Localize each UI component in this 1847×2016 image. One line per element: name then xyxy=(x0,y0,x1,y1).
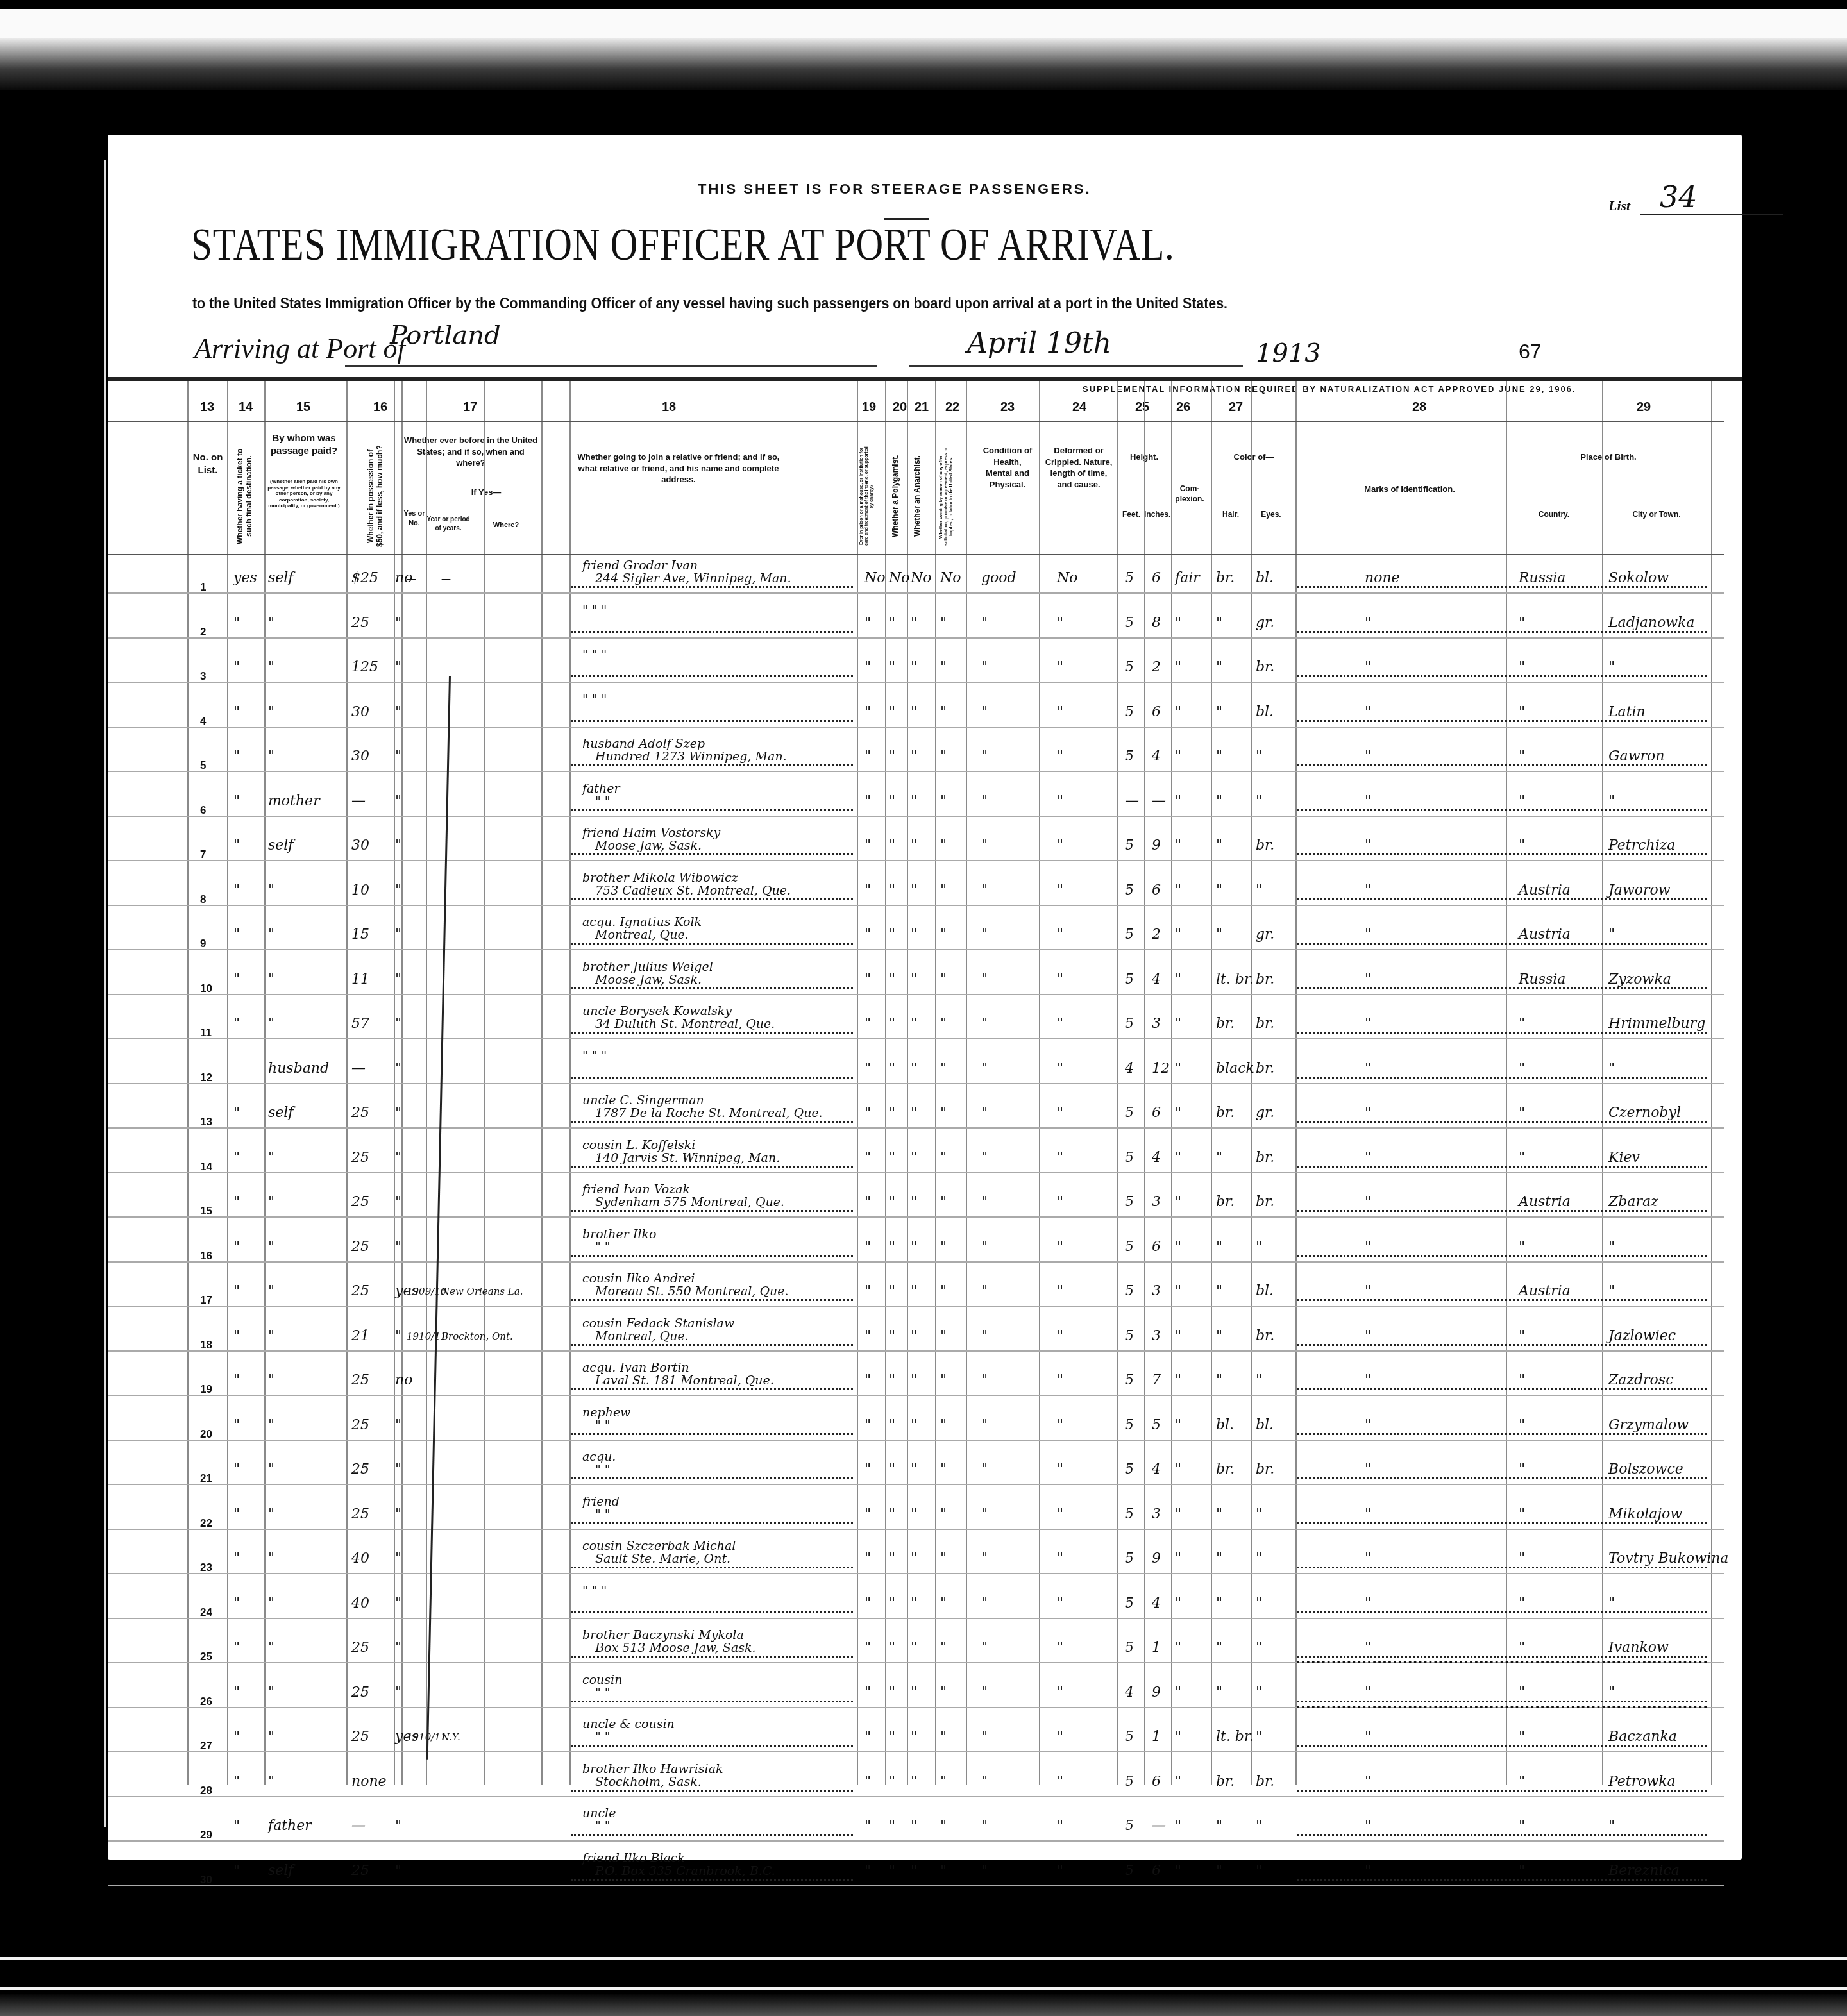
cell-c21: " xyxy=(911,1726,917,1749)
cell-complexion: " xyxy=(1175,1236,1181,1259)
cell-c21: " xyxy=(911,834,917,857)
table-row: 10""11"""""""54"lt. br.br."RussiaZyzowka… xyxy=(108,968,1742,992)
cell-c22: " xyxy=(940,1369,947,1392)
cell-health: " xyxy=(981,1681,988,1704)
cell-eyes: br. xyxy=(1256,968,1274,991)
cell-deformed: " xyxy=(1057,656,1063,679)
cell-city: " xyxy=(1608,1592,1615,1615)
cell-eyes: br. xyxy=(1256,1770,1274,1793)
cell-yr: — xyxy=(407,567,416,590)
cell-c22: " xyxy=(940,1726,947,1749)
cell-health: " xyxy=(981,1503,988,1526)
cell-deformed: " xyxy=(1057,1770,1063,1793)
cell-health: " xyxy=(981,1057,988,1080)
cell-deformed: " xyxy=(1057,1726,1063,1749)
cell-relative-address: Sault Ste. Marie, Ont. xyxy=(595,1547,730,1570)
row-number: 18 xyxy=(200,1334,212,1357)
table-row: 21""25"""""""54"br.br.""Bolszowceacqu." … xyxy=(108,1458,1742,1482)
cell-ft: 5 xyxy=(1125,1770,1134,1793)
dotted-guide xyxy=(571,1522,853,1524)
cell-c22: " xyxy=(940,1458,947,1481)
cell-yr: 1909/10 xyxy=(407,1280,446,1303)
dotted-guide xyxy=(571,675,853,677)
cell-ticket: " xyxy=(233,1236,240,1259)
cell-in: 6 xyxy=(1152,701,1161,724)
cell-deformed: " xyxy=(1057,701,1063,724)
cell-health: good xyxy=(981,567,1016,590)
row-number: 15 xyxy=(200,1200,212,1223)
cell-ticket: " xyxy=(233,701,240,724)
cell-money: — xyxy=(351,1815,366,1838)
cell-ticket: " xyxy=(233,1414,240,1437)
row-number: 11 xyxy=(200,1021,212,1045)
dotted-guide xyxy=(1297,1077,1707,1079)
dotted-guide xyxy=(1297,1834,1707,1836)
cell-ticket: " xyxy=(233,1681,240,1704)
row-line xyxy=(108,905,1724,906)
col-num-14: 14 xyxy=(236,400,255,415)
cell-city: Czernobyl xyxy=(1608,1102,1681,1125)
cell-ft: 5 xyxy=(1125,567,1134,590)
cell-health: " xyxy=(981,1770,988,1793)
table-row: 17""25yes1909/10New Orleans La.""""""53"… xyxy=(108,1280,1742,1304)
cell-eyes: bl. xyxy=(1256,1280,1274,1303)
cell-eyes: " xyxy=(1256,1369,1262,1392)
cell-in: 4 xyxy=(1152,1147,1161,1170)
cell-ticket: " xyxy=(233,1012,240,1036)
cell-ticket: " xyxy=(233,968,240,991)
cell-c22: " xyxy=(940,1191,947,1214)
row-line xyxy=(108,1484,1724,1485)
header-country: Country. xyxy=(1506,509,1602,519)
cell-ticket: " xyxy=(233,1860,240,1883)
cell-city: " xyxy=(1608,1280,1615,1303)
cell-c20: " xyxy=(889,656,895,679)
header-if-yes: If Yes— xyxy=(454,487,518,498)
cell-paid: " xyxy=(268,879,274,902)
cell-c22: " xyxy=(940,1012,947,1036)
cell-c21: " xyxy=(911,1860,917,1883)
cell-before: " xyxy=(395,1191,401,1214)
cell-paid: " xyxy=(268,1681,274,1704)
cell-hair: " xyxy=(1216,1815,1222,1838)
cell-deformed: " xyxy=(1057,1592,1063,1615)
cell-paid: " xyxy=(268,1369,274,1392)
cell-hair: " xyxy=(1216,1236,1222,1259)
cell-marks: " xyxy=(1365,1726,1371,1749)
cell-deformed: " xyxy=(1057,1012,1063,1036)
cell-marks: " xyxy=(1365,656,1371,679)
cell-eyes: br. xyxy=(1256,834,1274,857)
cell-c20: " xyxy=(889,1236,895,1259)
cell-money: 11 xyxy=(351,968,369,991)
cell-in: 9 xyxy=(1152,1681,1161,1704)
dotted-guide xyxy=(571,1433,853,1435)
cell-health: " xyxy=(981,1280,988,1303)
cell-health: " xyxy=(981,1592,988,1615)
cell-health: " xyxy=(981,1726,988,1749)
cell-ft: 5 xyxy=(1125,1860,1134,1883)
cell-in: 4 xyxy=(1152,1458,1161,1481)
table-row: 12husband—"""""""412"blackbr."""" " " xyxy=(108,1057,1742,1081)
cell-money: 21 xyxy=(351,1325,369,1348)
cell-city: " xyxy=(1608,1057,1615,1080)
cell-in: 4 xyxy=(1152,745,1161,768)
cell-in: 4 xyxy=(1152,968,1161,991)
cell-ft: 5 xyxy=(1125,1726,1134,1749)
header-contract-labor: Whether coming by reason of any offer, s… xyxy=(939,445,961,548)
table-row: 5""30"""""""54"""""Gawronhusband Adolf S… xyxy=(108,745,1742,769)
cell-c22: " xyxy=(940,656,947,679)
cell-relative-address: " " xyxy=(595,1503,611,1526)
cell-c22: " xyxy=(940,1325,947,1348)
cell-paid: father xyxy=(268,1815,312,1838)
row-line xyxy=(108,1083,1724,1084)
cell-c21: " xyxy=(911,1325,917,1348)
cell-c19: " xyxy=(864,1414,871,1437)
col-num-15: 15 xyxy=(294,400,313,415)
cell-relative-name: " " " xyxy=(582,599,607,622)
cell-city: " xyxy=(1608,1815,1615,1838)
cell-c22: " xyxy=(940,1503,947,1526)
cell-ft: 5 xyxy=(1125,745,1134,768)
cell-paid: husband xyxy=(268,1057,329,1080)
cell-complexion: " xyxy=(1175,923,1181,946)
cell-relative-address: " " xyxy=(595,790,611,813)
cell-country: " xyxy=(1519,1147,1525,1170)
cell-relative-address: " " xyxy=(595,1681,611,1704)
header-ticket: Whether having a ticket to such final de… xyxy=(236,442,262,551)
cell-c20: " xyxy=(889,1726,895,1749)
cell-paid: " xyxy=(268,1280,274,1303)
cell-in: 8 xyxy=(1152,612,1161,635)
cell-hair: " xyxy=(1216,790,1222,813)
cell-paid: " xyxy=(268,656,274,679)
table-row: 6"mother—"""""""——""""""father" " xyxy=(108,790,1742,814)
cell-deformed: " xyxy=(1057,1325,1063,1348)
cell-c20: " xyxy=(889,1147,895,1170)
cell-ft: 5 xyxy=(1125,1547,1134,1570)
cell-relative-address: Moose Jaw, Sask. xyxy=(595,968,702,991)
cell-paid: self xyxy=(268,1860,294,1883)
table-row: 14""25"""""""54""br.""Kievcousin L. Koff… xyxy=(108,1147,1742,1170)
row-line xyxy=(108,816,1724,817)
cell-hair: br. xyxy=(1216,567,1235,590)
cell-relative-name: " " " xyxy=(582,1579,607,1602)
cell-complexion: " xyxy=(1175,1191,1181,1214)
cell-in: 6 xyxy=(1152,1860,1161,1883)
cell-money: — xyxy=(351,1057,366,1080)
cell-money: 25 xyxy=(351,1369,369,1392)
table-row: 7"self30"""""""59""br.""Petrchizafriend … xyxy=(108,834,1742,858)
cell-ft: 5 xyxy=(1125,656,1134,679)
cell-c21: " xyxy=(911,1369,917,1392)
cell-eyes: " xyxy=(1256,1860,1262,1883)
cell-ticket: " xyxy=(233,923,240,946)
cell-ft: 5 xyxy=(1125,1414,1134,1437)
cell-c19: " xyxy=(864,1147,871,1170)
cell-relative-address: P.O. Box 335 Cranbrook, B.C. xyxy=(595,1860,775,1883)
cell-ticket: " xyxy=(233,1815,240,1838)
cell-ft: 5 xyxy=(1125,968,1134,991)
cell-relative-address: Moose Jaw, Sask. xyxy=(595,834,702,857)
cell-money: 25 xyxy=(351,1102,369,1125)
cell-ft: 5 xyxy=(1125,1191,1134,1214)
cell-money: 15 xyxy=(351,923,369,946)
cell-relative-name: brother Ilko xyxy=(582,1223,656,1246)
cell-hair: " xyxy=(1216,656,1222,679)
table-row: 9""15"""""""52""gr."Austria"acqu. Ignati… xyxy=(108,923,1742,947)
table-row: 13"self25"""""""56"br.gr.""Czernobyluncl… xyxy=(108,1102,1742,1125)
cell-hair: " xyxy=(1216,1280,1222,1303)
table-row: 11""57"""""""53"br.br.""Hrimmelburguncle… xyxy=(108,1012,1742,1036)
dotted-guide xyxy=(1297,1255,1707,1257)
cell-c20: " xyxy=(889,1503,895,1526)
cell-marks: " xyxy=(1365,1592,1371,1615)
cell-c20: " xyxy=(889,1057,895,1080)
row-line xyxy=(108,1127,1724,1129)
cell-in: — xyxy=(1152,790,1166,813)
table-row: 3""125"""""""52""br."""" " " xyxy=(108,656,1742,680)
cell-paid: " xyxy=(268,1191,274,1214)
cell-complexion: " xyxy=(1175,1503,1181,1526)
cell-c20: " xyxy=(889,1547,895,1570)
cell-health: " xyxy=(981,1012,988,1036)
cell-city: Tovtry Bukowina xyxy=(1608,1547,1728,1570)
cell-ticket: " xyxy=(233,1102,240,1125)
supplemental-banner: SUPPLEMENTAL INFORMATION REQUIRED BY NAT… xyxy=(1083,384,1576,394)
cell-eyes: bl. xyxy=(1256,1414,1274,1437)
cell-c21: " xyxy=(911,1547,917,1570)
cell-paid: " xyxy=(268,1012,274,1036)
list-number: 34 xyxy=(1660,180,1698,214)
row-number: 16 xyxy=(200,1245,212,1268)
cell-ft: 5 xyxy=(1125,923,1134,946)
cell-c20: " xyxy=(889,834,895,857)
row-number: 28 xyxy=(200,1779,212,1802)
cell-c22: " xyxy=(940,790,947,813)
cell-money: 25 xyxy=(351,1681,369,1704)
cell-c21: " xyxy=(911,1057,917,1080)
cell-complexion: " xyxy=(1175,1458,1181,1481)
cell-marks: " xyxy=(1365,1681,1371,1704)
cell-health: " xyxy=(981,1102,988,1125)
cell-hair: " xyxy=(1216,1503,1222,1526)
cell-marks: " xyxy=(1365,1280,1371,1303)
cell-health: " xyxy=(981,1547,988,1570)
cell-country: " xyxy=(1519,1815,1525,1838)
cell-c22: " xyxy=(940,701,947,724)
header-anarchist: Whether an Anarchist. xyxy=(913,445,929,548)
cell-c22: " xyxy=(940,1102,947,1125)
cell-paid: " xyxy=(268,1726,274,1749)
cell-c21: " xyxy=(911,1636,917,1659)
cell-ticket: " xyxy=(233,745,240,768)
cell-marks: " xyxy=(1365,1147,1371,1170)
cell-complexion: " xyxy=(1175,1325,1181,1348)
cell-c21: " xyxy=(911,1102,917,1125)
cell-before: " xyxy=(395,968,401,991)
dotted-guide xyxy=(571,1701,853,1702)
table-row: 27""25yes1910/11N.Y.""""""51"lt. br."""B… xyxy=(108,1726,1742,1749)
cell-before: " xyxy=(395,1860,401,1883)
cell-complexion: " xyxy=(1175,1147,1181,1170)
cell-city: Kiev xyxy=(1608,1147,1640,1170)
cell-complexion: " xyxy=(1175,1592,1181,1615)
cell-c20: " xyxy=(889,612,895,635)
cell-hair: " xyxy=(1216,1636,1222,1659)
cell-ticket: " xyxy=(233,1503,240,1526)
cell-in: 1 xyxy=(1152,1726,1161,1749)
scan-bottom-border xyxy=(0,1987,1847,1990)
table-row: 15""25"""""""53"br.br."AustriaZbarazfrie… xyxy=(108,1191,1742,1214)
cell-c20: " xyxy=(889,1681,895,1704)
row-number: 8 xyxy=(200,888,206,911)
cell-c19: " xyxy=(864,879,871,902)
cell-c22: " xyxy=(940,1547,947,1570)
cell-relative-address: 34 Duluth St. Montreal, Que. xyxy=(595,1012,775,1036)
cell-country: " xyxy=(1519,1503,1525,1526)
dotted-guide xyxy=(571,1745,853,1747)
cell-complexion: " xyxy=(1175,790,1181,813)
cell-city: " xyxy=(1608,923,1615,946)
cell-c19: " xyxy=(864,1057,871,1080)
cell-where: New Orleans La. xyxy=(441,1280,523,1303)
cell-eyes: " xyxy=(1256,879,1262,902)
cell-before: " xyxy=(395,1681,401,1704)
cell-relative-address: " " xyxy=(595,1726,611,1749)
cell-c22: " xyxy=(940,879,947,902)
col-num-25: 25 xyxy=(1133,400,1152,415)
cell-country: Russia xyxy=(1519,567,1565,590)
cell-marks: " xyxy=(1365,923,1371,946)
sheet-edge xyxy=(104,160,106,1827)
cell-before: " xyxy=(395,1102,401,1125)
cell-money: 30 xyxy=(351,834,369,857)
cell-relative-address: Box 513 Moose Jaw, Sask. xyxy=(595,1636,756,1659)
cell-c21: " xyxy=(911,745,917,768)
header-row-line xyxy=(108,421,1724,422)
cell-money: $25 xyxy=(351,567,378,590)
cell-hair: br. xyxy=(1216,1012,1235,1036)
cell-c20: " xyxy=(889,1325,895,1348)
cell-marks: " xyxy=(1365,1860,1371,1883)
row-line xyxy=(108,1529,1724,1530)
cell-c19: " xyxy=(864,834,871,857)
cell-c19: " xyxy=(864,1236,871,1259)
dotted-guide xyxy=(1297,943,1707,945)
cell-marks: " xyxy=(1365,968,1371,991)
cell-city: Ivankow xyxy=(1608,1636,1669,1659)
cell-city: Bolszowce xyxy=(1608,1458,1683,1481)
cell-deformed: " xyxy=(1057,745,1063,768)
cell-c20: " xyxy=(889,1102,895,1125)
cell-c22: " xyxy=(940,1681,947,1704)
sheet-type-label: THIS SHEET IS FOR STEERAGE PASSENGERS. xyxy=(698,181,1092,197)
cell-money: 25 xyxy=(351,1414,369,1437)
row-number: 12 xyxy=(200,1066,212,1089)
row-line xyxy=(108,727,1724,728)
row-number: 13 xyxy=(200,1111,212,1134)
cell-marks: " xyxy=(1365,879,1371,902)
table-row: 23""40"""""""59"""""Tovtry Bukowinacousi… xyxy=(108,1547,1742,1571)
cell-money: 57 xyxy=(351,1012,369,1036)
cell-hair: " xyxy=(1216,1547,1222,1570)
cell-ticket: " xyxy=(233,656,240,679)
cell-city: Bereznica xyxy=(1608,1860,1680,1883)
cell-city: Grzymalow xyxy=(1608,1414,1689,1437)
header-year-period: Year or period of years. xyxy=(426,516,471,533)
cell-hair: lt. br. xyxy=(1216,968,1254,991)
cell-in: 4 xyxy=(1152,1592,1161,1615)
table-row: 28""none""""""56"br.br.""Petrowkabrother… xyxy=(108,1770,1742,1794)
cell-relative-name: " " " xyxy=(582,1045,607,1068)
cell-c21: " xyxy=(911,1280,917,1303)
row-line xyxy=(108,860,1724,861)
cell-marks: " xyxy=(1365,1102,1371,1125)
cell-country: " xyxy=(1519,1547,1525,1570)
scan-top-shadow xyxy=(0,38,1847,90)
cell-c19: " xyxy=(864,790,871,813)
cell-paid: " xyxy=(268,612,274,635)
cell-city: " xyxy=(1608,1236,1615,1259)
cell-eyes: br. xyxy=(1256,1057,1274,1080)
header-prison: Ever in prison or almshouse, or institut… xyxy=(859,445,879,548)
cell-in: 3 xyxy=(1152,1191,1161,1214)
cell-deformed: " xyxy=(1057,923,1063,946)
cell-relative-address: Stockholm, Sask. xyxy=(595,1770,702,1793)
cell-c22: " xyxy=(940,1147,947,1170)
row-line xyxy=(108,949,1724,950)
cell-city: Latin xyxy=(1608,701,1646,724)
cell-marks: " xyxy=(1365,1369,1371,1392)
cell-health: " xyxy=(981,701,988,724)
cell-c19: " xyxy=(864,1547,871,1570)
cell-money: none xyxy=(351,1770,387,1793)
col-num-27: 27 xyxy=(1226,400,1245,415)
cell-country: Austria xyxy=(1519,1191,1571,1214)
row-number: 6 xyxy=(200,799,206,822)
cell-money: 30 xyxy=(351,701,369,724)
row-number: 29 xyxy=(200,1824,212,1847)
arriving-label: Arriving at Port of xyxy=(194,332,405,365)
cell-country: " xyxy=(1519,1636,1525,1659)
cell-country: " xyxy=(1519,1726,1525,1749)
header-inches: Inches. xyxy=(1144,509,1170,519)
cell-relative-address: 1787 De la Roche St. Montreal, Que. xyxy=(595,1102,823,1125)
table-row: 19""25no""""""57"""""Zazdroscacqu. Ivan … xyxy=(108,1369,1742,1393)
col-num-13: 13 xyxy=(198,400,217,415)
dotted-guide xyxy=(571,809,853,811)
cell-complexion: " xyxy=(1175,1057,1181,1080)
cell-relative-address: " " xyxy=(595,1414,611,1437)
cell-where: Brockton, Ont. xyxy=(441,1325,513,1348)
cell-health: " xyxy=(981,745,988,768)
blank-line xyxy=(1297,1661,1707,1663)
col-num-26: 26 xyxy=(1174,400,1193,415)
cell-marks: " xyxy=(1365,834,1371,857)
cell-c21: " xyxy=(911,1012,917,1036)
cell-ticket: " xyxy=(233,1147,240,1170)
cell-before: " xyxy=(395,1458,401,1481)
cell-c20: " xyxy=(889,1770,895,1793)
cell-health: " xyxy=(981,1191,988,1214)
header-deformed: Deformed or Crippled. Nature, length of … xyxy=(1043,445,1115,490)
dotted-guide xyxy=(571,1477,853,1479)
cell-complexion: " xyxy=(1175,1860,1181,1883)
cell-health: " xyxy=(981,1636,988,1659)
cell-ticket: " xyxy=(233,1458,240,1481)
